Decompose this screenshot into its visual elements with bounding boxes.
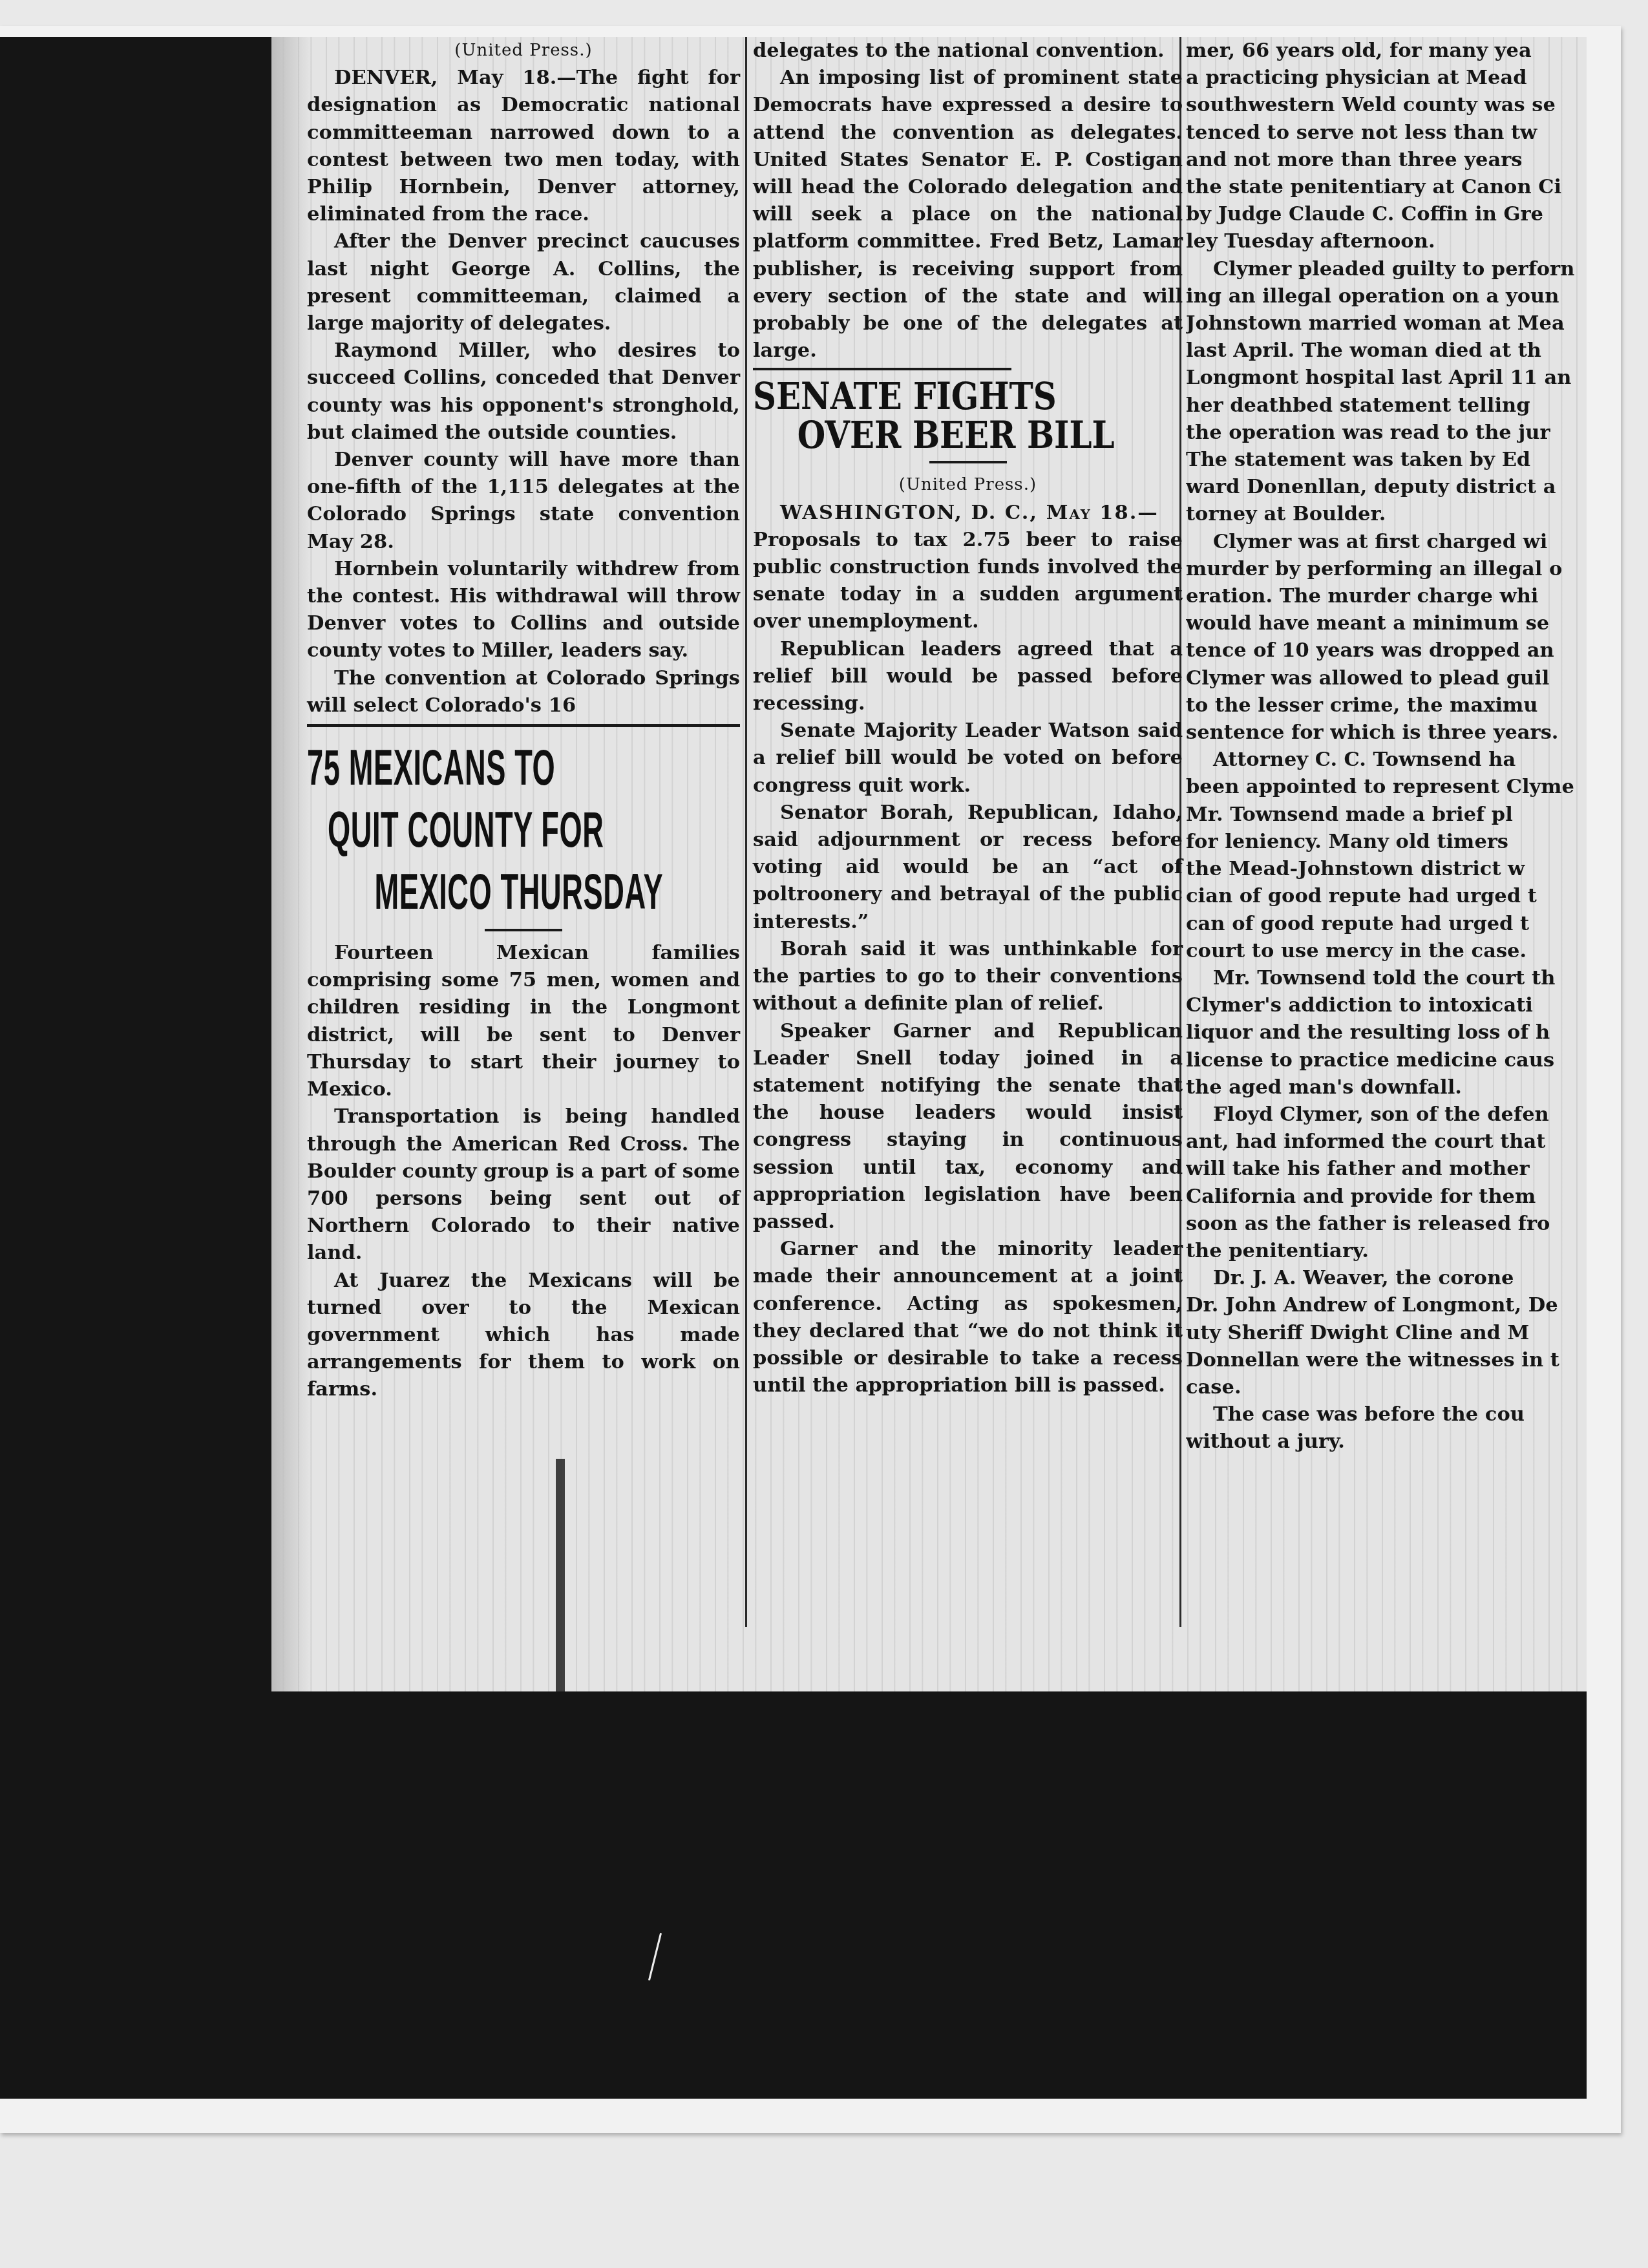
text-line: mer, 66 years old, for many yea [1186, 37, 1587, 64]
headline-line: 75 MEXICANS TO [307, 736, 742, 798]
paragraph: Fourteen Mexican families comprising som… [307, 939, 740, 1103]
text-line: tenced to serve not less than tw [1186, 119, 1587, 146]
wire-credit: (United Press.) [753, 471, 1183, 498]
text-line: the penitentiary. [1186, 1237, 1587, 1264]
paragraph: Borah said it was unthinkable for the pa… [753, 935, 1183, 1017]
text-line: ing an illegal operation on a youn [1186, 282, 1587, 310]
text-line: murder by performing an illegal o [1186, 555, 1587, 582]
text-line: a practicing physician at Mead [1186, 64, 1587, 91]
text-line: the Mead-Johnstown district w [1186, 855, 1587, 882]
paragraph: An imposing list of prominent state Demo… [753, 64, 1183, 364]
wire-credit: (United Press.) [307, 37, 740, 64]
text-line: Floyd Clymer, son of the defen [1186, 1101, 1587, 1128]
paragraph: After the Denver precinct caucuses last … [307, 228, 740, 337]
paragraph: delegates to the national convention. [753, 37, 1183, 64]
text-line: Dr. J. A. Weaver, the corone [1186, 1264, 1587, 1291]
text-line: her deathbed statement telling [1186, 392, 1587, 419]
text-line: license to practice medicine caus [1186, 1046, 1587, 1074]
text-line: liquor and the resulting loss of h [1186, 1019, 1587, 1046]
text-line: would have meant a minimum se [1186, 609, 1587, 637]
paragraph: Senate Majority Leader Watson said a rel… [753, 717, 1183, 799]
text-line: for leniency. Many old timers [1186, 828, 1587, 855]
text-line: Mr. Townsend told the court th [1186, 964, 1587, 991]
paragraph: Garner and the minority leader made thei… [753, 1235, 1183, 1399]
paragraph: DENVER, May 18.—The fight for designatio… [307, 64, 740, 228]
headline-line: QUIT COUNTY FOR [307, 798, 742, 860]
text-line: tence of 10 years was dropped an [1186, 637, 1587, 664]
text-line: can of good repute had urged t [1186, 910, 1587, 937]
text-line: cian of good repute had urged t [1186, 882, 1587, 909]
text-line: The statement was taken by Ed [1186, 446, 1587, 473]
headline-line: SENATE FIGHTS [753, 377, 1176, 416]
text-line: and not more than three years [1186, 146, 1587, 173]
text-line: will take his father and mother [1186, 1155, 1587, 1182]
paragraph: Senator Borah, Republican, Idaho, said a… [753, 799, 1183, 935]
text-line: case. [1186, 1373, 1587, 1401]
dateline: WASHINGTON, D. C., May 18.— [753, 499, 1183, 526]
headline-senate: SENATE FIGHTS OVER BEER BILL [753, 377, 1176, 454]
text-line: uty Sheriff Dwight Cline and M [1186, 1319, 1587, 1346]
text-line: the state penitentiary at Canon Ci [1186, 173, 1587, 200]
text-line: Longmont hospital last April 11 an [1186, 364, 1587, 391]
text-line: Clymer was at first charged wi [1186, 528, 1587, 555]
headline-divider [929, 461, 1007, 463]
paragraph: Transportation is being handled through … [307, 1103, 740, 1266]
text-line: Johnstown married woman at Mea [1186, 310, 1587, 337]
text-line: without a jury. [1186, 1428, 1587, 1455]
text-line: Dr. John Andrew of Longmont, De [1186, 1291, 1587, 1319]
text-line: ant, had informed the court that [1186, 1128, 1587, 1155]
column-rule [745, 37, 747, 1627]
headline-mexicans: 75 MEXICANS TO QUIT COUNTY FOR MEXICO TH… [307, 736, 742, 922]
text-line: to the lesser crime, the maximu [1186, 692, 1587, 719]
column-3: mer, 66 years old, for many yeaa practic… [1186, 37, 1587, 1456]
text-line: the operation was read to the jur [1186, 419, 1587, 446]
headline-divider [485, 929, 562, 931]
text-line: court to use mercy in the case. [1186, 937, 1587, 964]
paragraph: The convention at Colorado Springs will … [307, 664, 740, 719]
text-line: Donnellan were the witnesses in t [1186, 1346, 1587, 1373]
newspaper-clipping: (United Press.) DENVER, May 18.—The figh… [271, 37, 1587, 1691]
text-line: Attorney C. C. Townsend ha [1186, 746, 1587, 773]
article-divider [753, 368, 1011, 370]
text-line: eration. The murder charge whi [1186, 582, 1587, 609]
text-line: Mr. Townsend made a brief pl [1186, 801, 1587, 828]
column-1: (United Press.) DENVER, May 18.—The figh… [307, 37, 740, 1403]
text-line: Clymer pleaded guilty to perforn [1186, 255, 1587, 282]
clipping-edge-shadow [556, 1459, 565, 1691]
paragraph: Raymond Miller, who desires to succeed C… [307, 337, 740, 446]
article-divider [307, 724, 740, 727]
text-line: soon as the father is released fro [1186, 1210, 1587, 1237]
text-line: last April. The woman died at th [1186, 337, 1587, 364]
text-line: torney at Boulder. [1186, 500, 1587, 527]
text-line: Clymer was allowed to plead guil [1186, 664, 1587, 692]
paragraph: Speaker Garner and Republican Leader Sne… [753, 1017, 1183, 1236]
paragraph: Republican leaders agreed that a relief … [753, 635, 1183, 717]
column-2: delegates to the national convention. An… [753, 37, 1183, 1399]
text-line: ley Tuesday afternoon. [1186, 228, 1587, 255]
text-line: by Judge Claude C. Coffin in Gre [1186, 200, 1587, 228]
text-line: sentence for which is three years. [1186, 719, 1587, 746]
headline-line: MEXICO THURSDAY [307, 860, 742, 922]
text-line: ward Donenllan, deputy district a [1186, 473, 1587, 500]
headline-line: OVER BEER BILL [753, 416, 1176, 454]
text-line: Clymer's addiction to intoxicati [1186, 991, 1587, 1019]
paragraph: Denver county will have more than one-fi… [307, 446, 740, 555]
text-line: southwestern Weld county was se [1186, 91, 1587, 118]
text-line: The case was before the cou [1186, 1401, 1587, 1428]
text-line: California and provide for them [1186, 1183, 1587, 1210]
paragraph: At Juarez the Mexicans will be turned ov… [307, 1267, 740, 1403]
paragraph: Hornbein voluntarily withdrew from the c… [307, 555, 740, 664]
text-line: the aged man's downfall. [1186, 1074, 1587, 1101]
paragraph: Proposals to tax 2.75 beer to raise publ… [753, 526, 1183, 635]
text-line: been appointed to represent Clyme [1186, 773, 1587, 800]
